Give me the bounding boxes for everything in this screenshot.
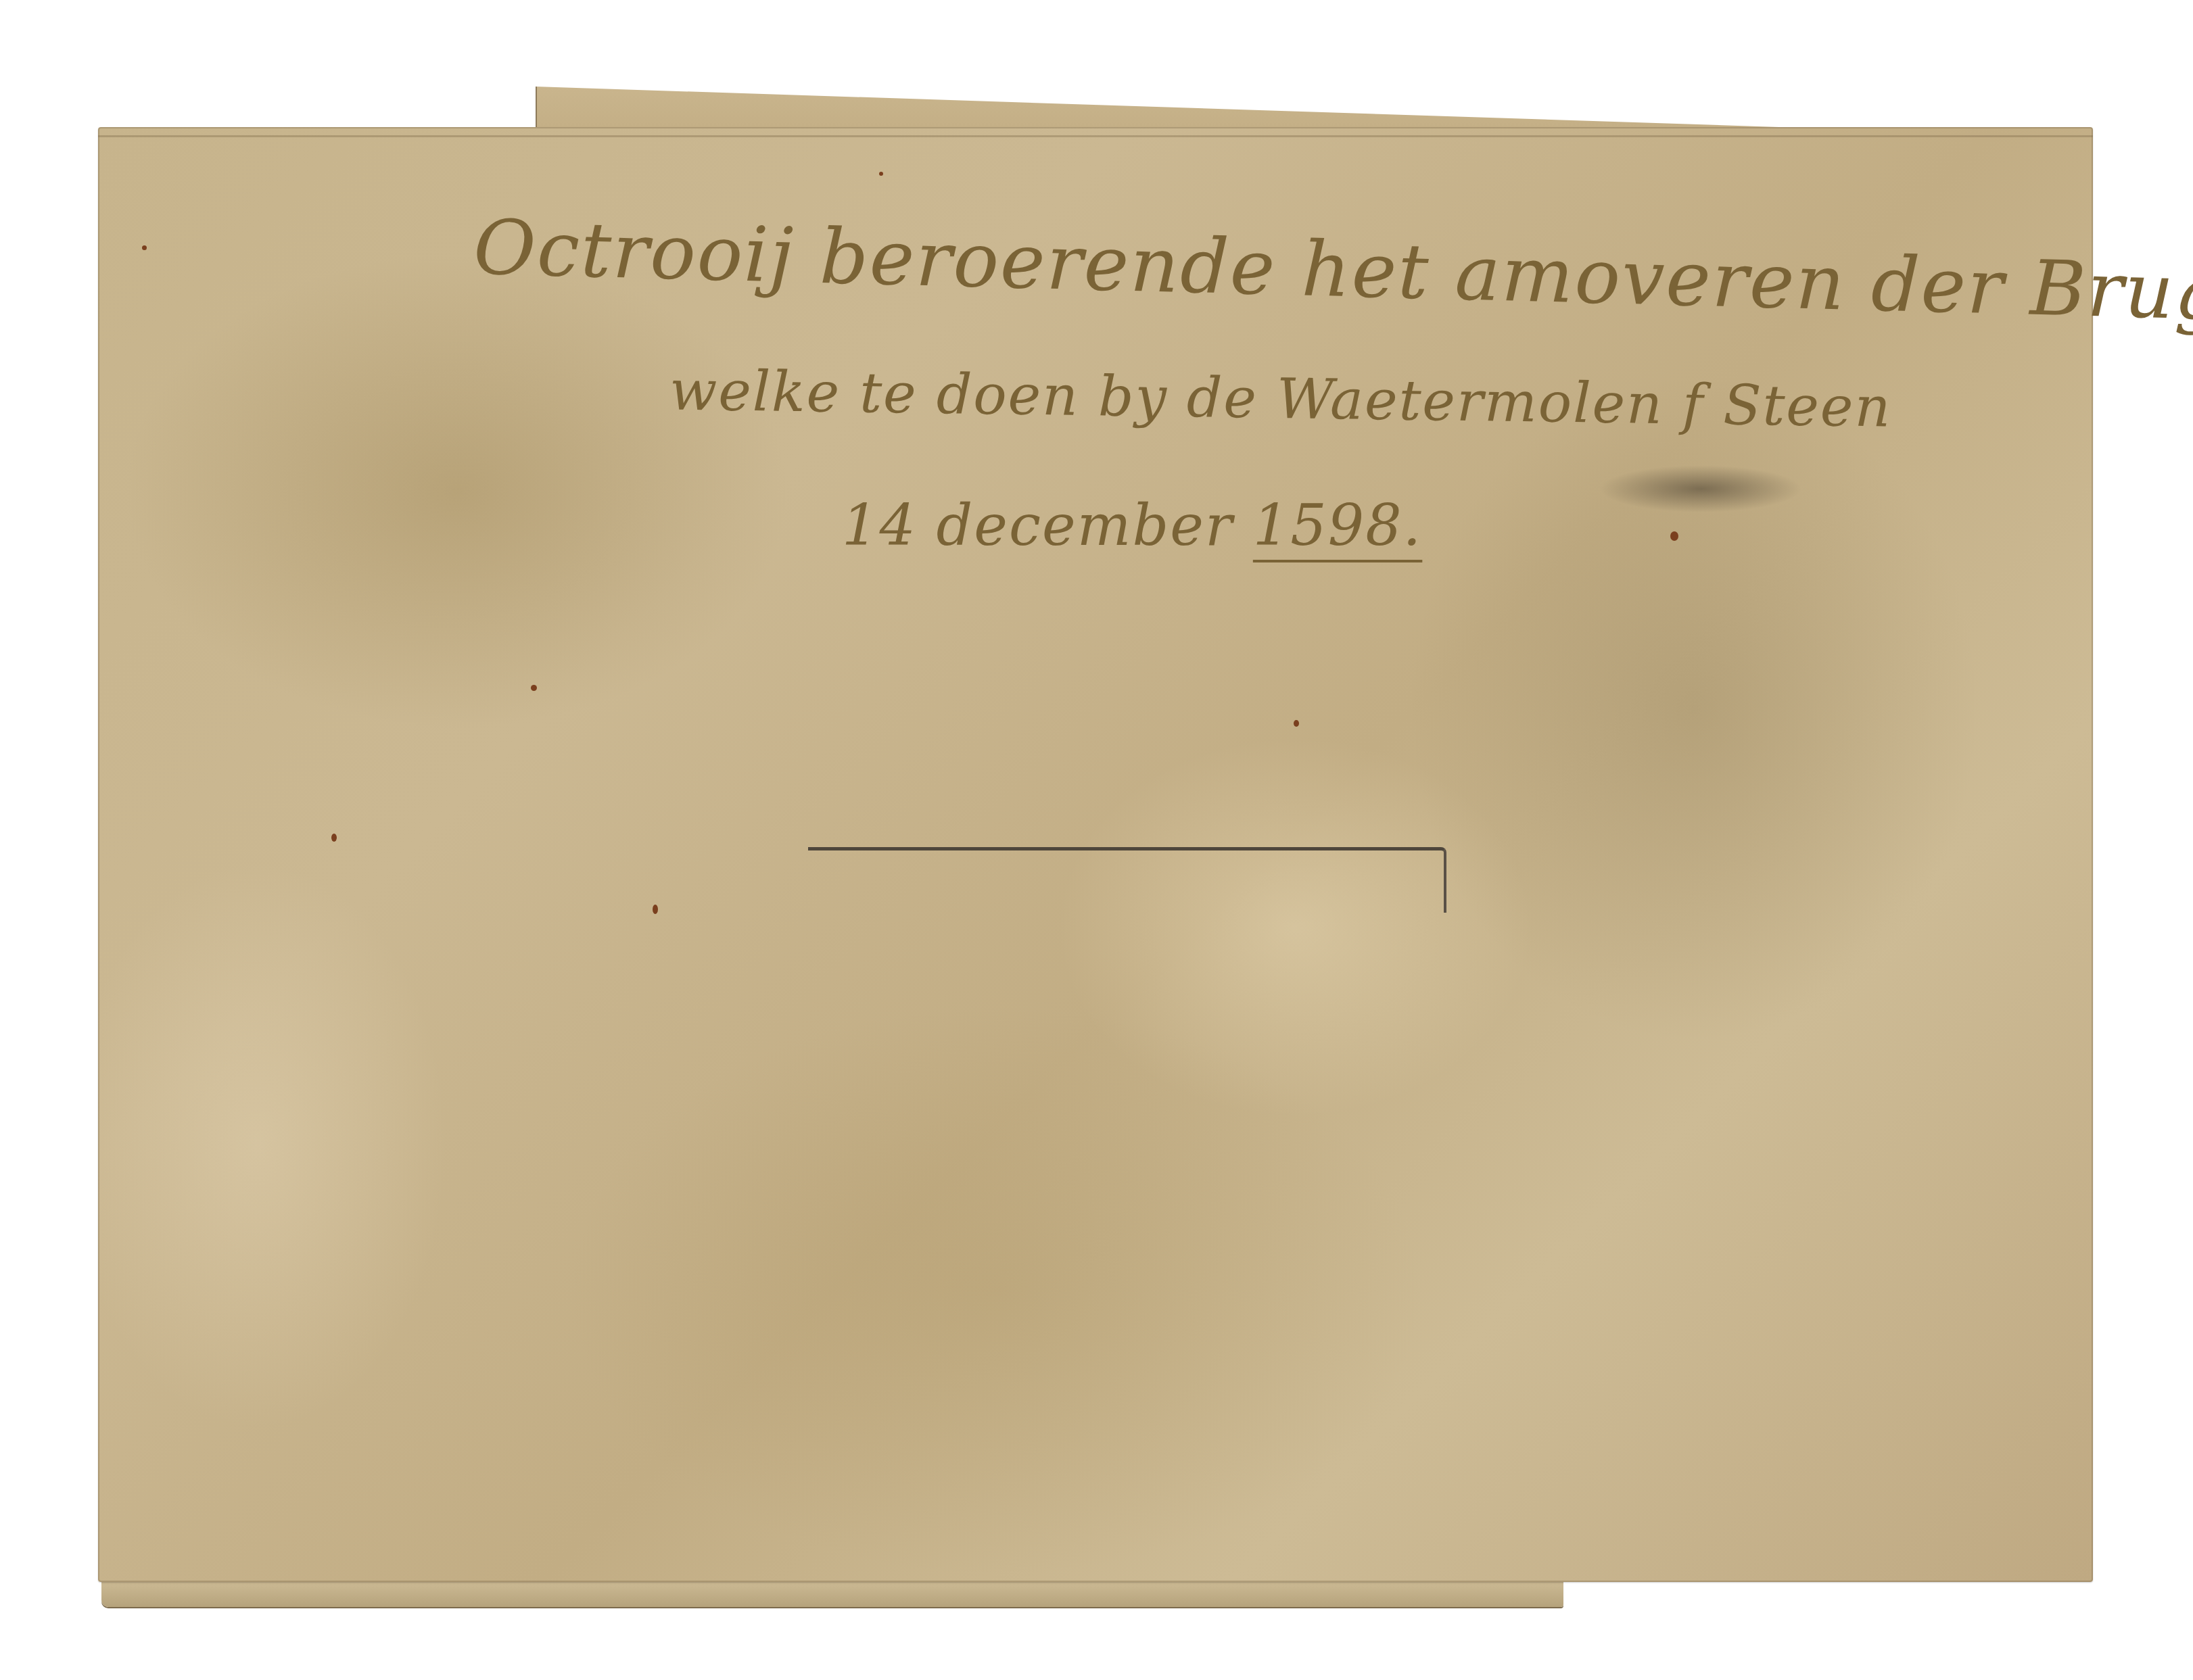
- stain-spot: [331, 834, 337, 842]
- parchment-main-sheet: Octrooij beroerende het amoveren der Bru…: [98, 127, 2093, 1582]
- inscription-date: 14 december 1598.: [842, 492, 1422, 558]
- stain-spot: [1670, 531, 1678, 541]
- inscription-line-1: Octrooij beroerende het amoveren der Bru…: [473, 203, 2193, 341]
- stain-spot: [1294, 720, 1299, 727]
- stain-spot: [653, 905, 658, 914]
- seal-slot: [808, 847, 1446, 913]
- inscription-date-day-month: 14 december: [842, 492, 1233, 558]
- stain-spot: [531, 685, 537, 691]
- fold-line: [98, 135, 2093, 137]
- inscription-line-2: welke te doen by de Waetermolen f Steen: [669, 358, 1892, 439]
- ink-smudge: [1599, 465, 1802, 512]
- stain-spot: [879, 172, 883, 176]
- inscription-date-year: 1598.: [1253, 492, 1422, 558]
- stain-spot: [142, 245, 147, 250]
